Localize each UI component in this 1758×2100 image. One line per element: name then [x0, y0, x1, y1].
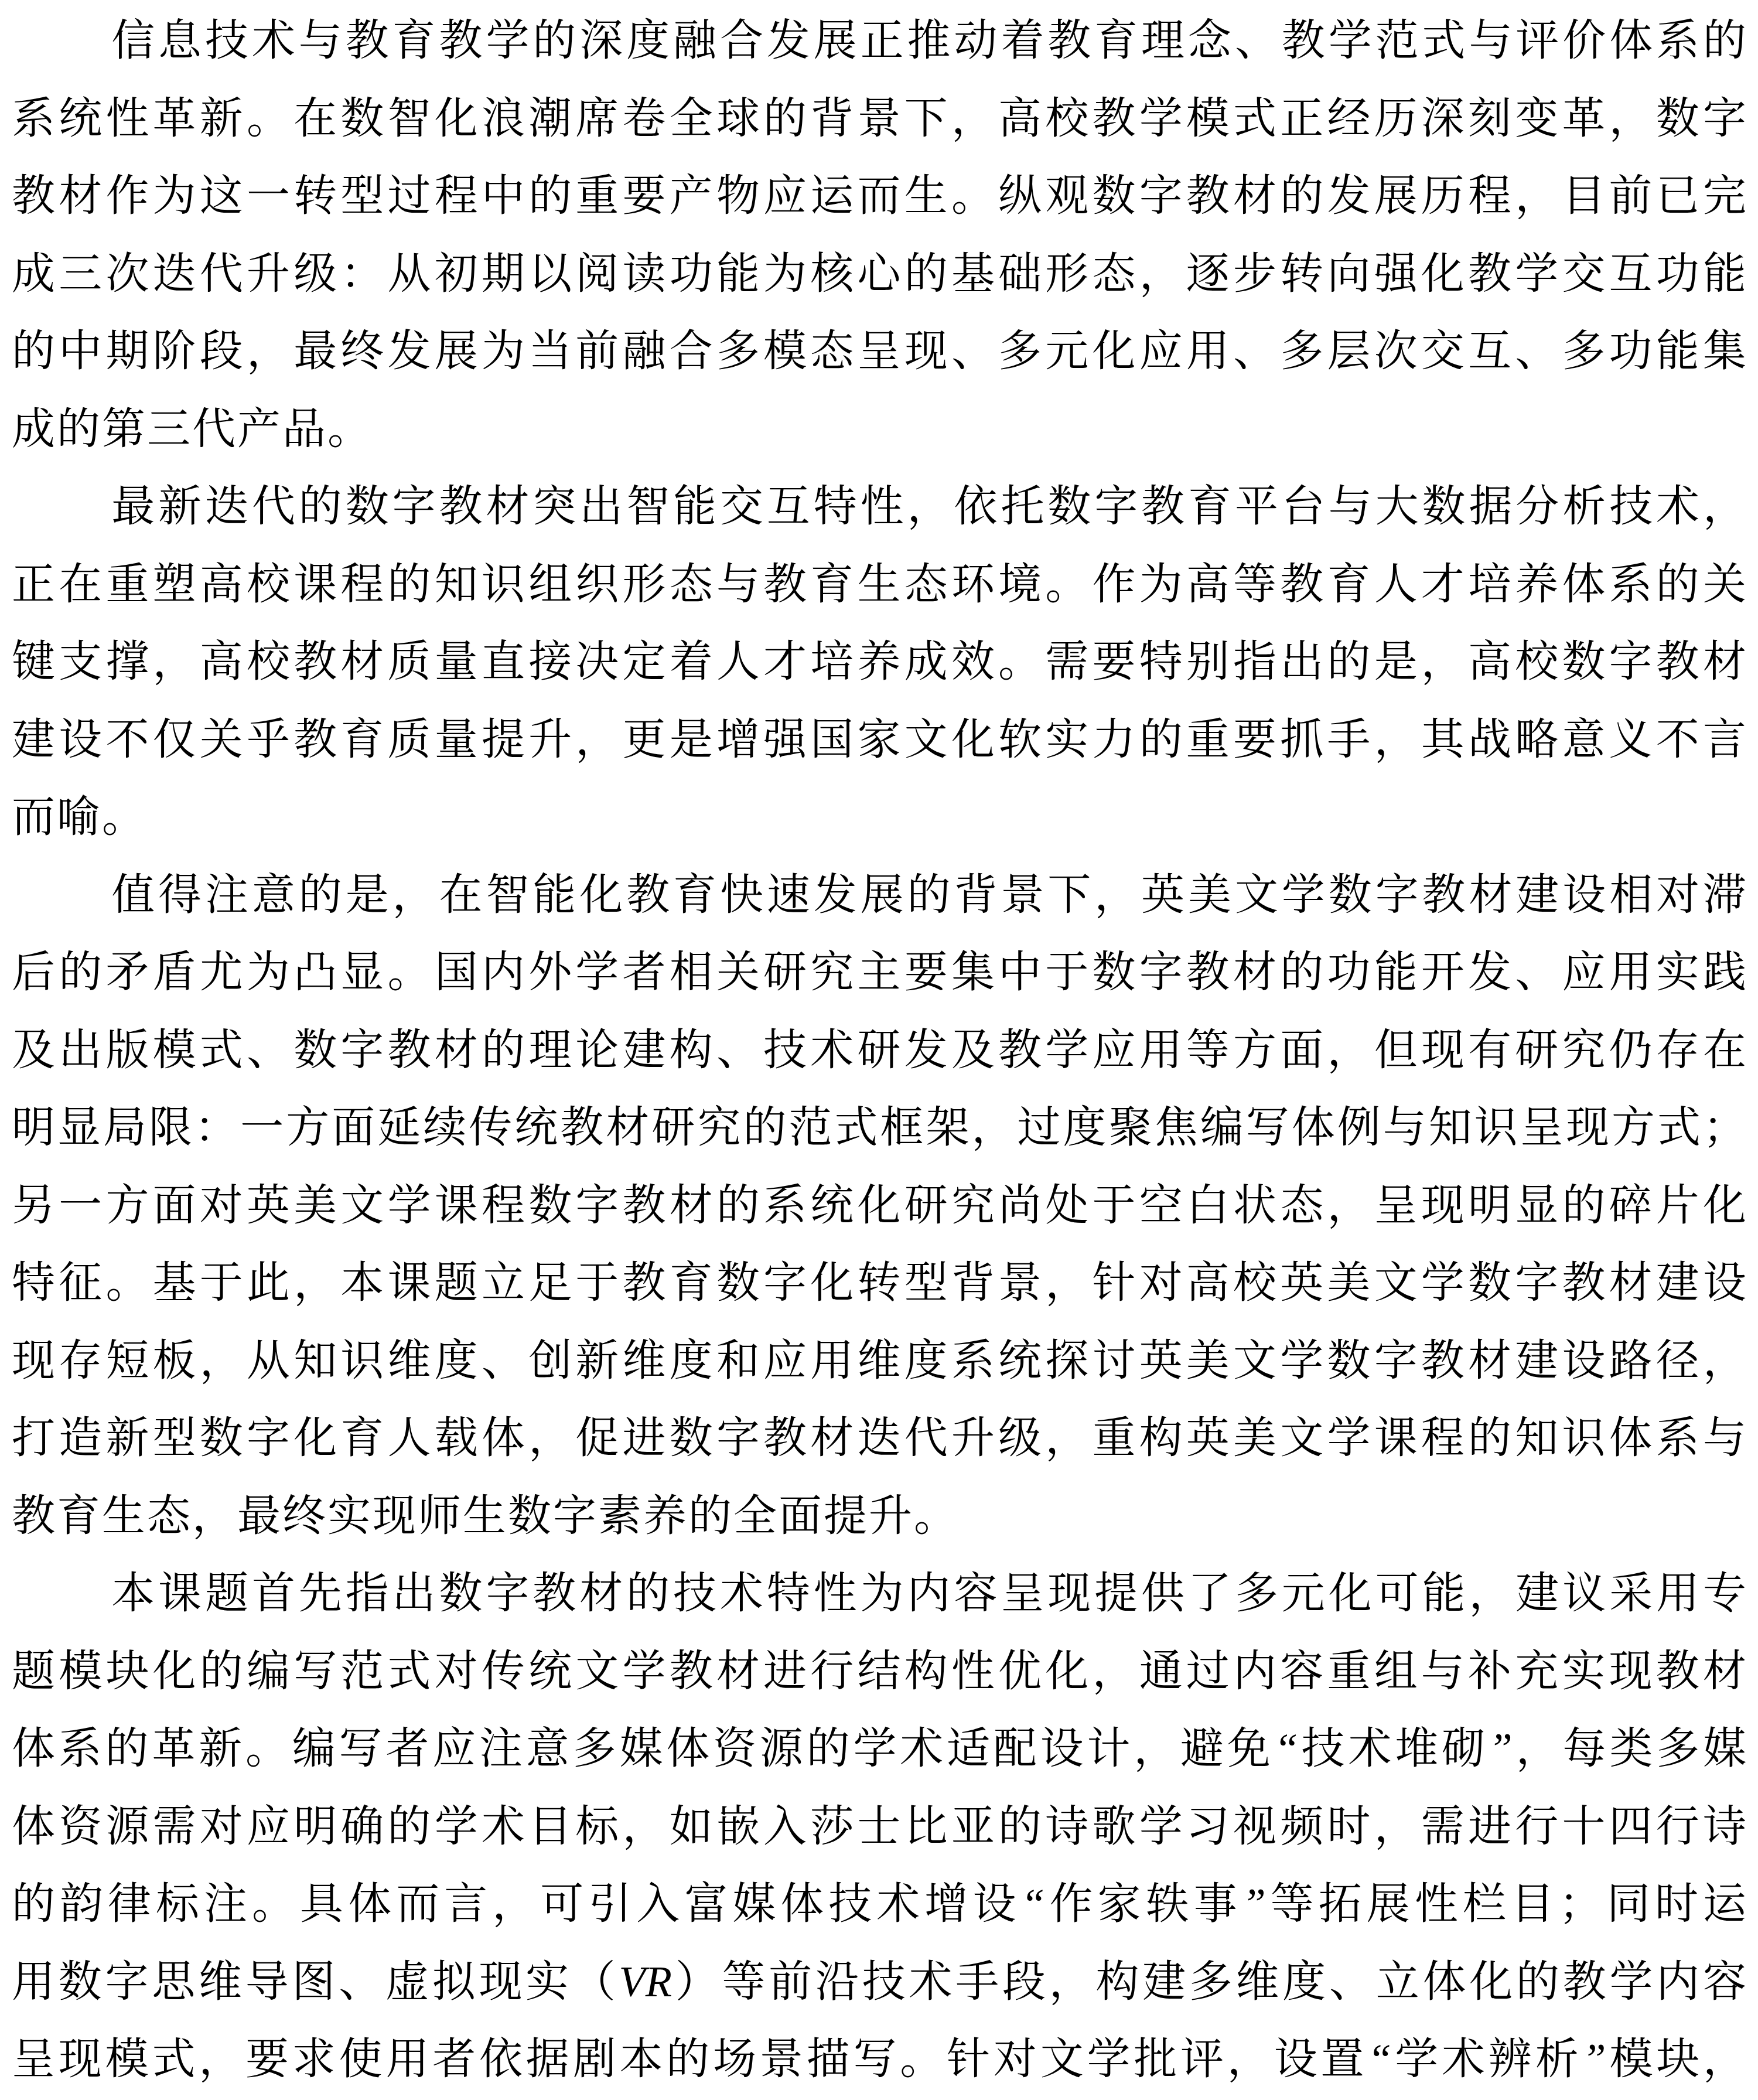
text-line: 体系的革新。编写者应注意多媒体资源的学术适配设计，避免“技术堆砌”，每类多媒	[12, 1710, 1746, 1788]
text-line: 体资源需对应明确的学术目标，如嵌入莎士比亚的诗歌学习视频时，需进行十四行诗	[12, 1788, 1746, 1866]
text-line: 本课题首先指出数字教材的技术特性为内容呈现提供了多元化可能，建议采用专	[12, 1555, 1746, 1633]
text-line: 的韵律标注。具体而言，可引入富媒体技术增设“作家轶事”等拓展性栏目；同时运	[12, 1866, 1746, 1944]
text-line: 最新迭代的数字教材突出智能交互特性，依托数字教育平台与大数据分析技术，	[12, 468, 1746, 546]
text-line: 呈现模式，要求使用者依据剧本的场景描写。针对文学批评，设置“学术辨析”模块，	[12, 2021, 1746, 2099]
text-line: 明显局限：一方面延续传统教材研究的范式框架，过度聚焦编写体例与知识呈现方式；	[12, 1089, 1746, 1167]
text-line: 建设不仅关乎教育质量提升，更是增强国家文化软实力的重要抓手，其战略意义不言	[12, 701, 1746, 779]
text-line: 键支撑，高校教材质量直接决定着人才培养成效。需要特别指出的是，高校数字教材	[12, 623, 1746, 701]
text-line: 现存短板，从知识维度、创新维度和应用维度系统探讨英美文学数字教材建设路径，	[12, 1322, 1746, 1400]
paragraph-4: 本课题首先指出数字教材的技术特性为内容呈现提供了多元化可能，建议采用专 题模块化…	[12, 1555, 1746, 2099]
text-line: 打造新型数字化育人载体，促进数字教材迭代升级，重构英美文学课程的知识体系与	[12, 1400, 1746, 1478]
text-line: 教育生态，最终实现师生数字素养的全面提升。	[12, 1478, 1746, 1556]
text-line: 成三次迭代升级：从初期以阅读功能为核心的基础形态，逐步转向强化教学交互功能	[12, 236, 1746, 313]
paragraph-2: 最新迭代的数字教材突出智能交互特性，依托数字教育平台与大数据分析技术， 正在重塑…	[12, 468, 1746, 857]
text-line: 值得注意的是，在智能化教育快速发展的背景下，英美文学数字教材建设相对滞	[12, 857, 1746, 935]
text-line: 教材作为这一转型过程中的重要产物应运而生。纵观数字教材的发展历程，目前已完	[12, 158, 1746, 236]
text-line: 成的第三代产品。	[12, 391, 1746, 469]
text-line: 题模块化的编写范式对传统文学教材进行结构性优化，通过内容重组与补充实现教材	[12, 1633, 1746, 1711]
text-line: 特征。基于此，本课题立足于教育数字化转型背景，针对高校英美文学数字教材建设	[12, 1245, 1746, 1322]
text-line: 而喻。	[12, 779, 1746, 857]
text-line: 及出版模式、数字教材的理论建构、技术研发及教学应用等方面，但现有研究仍存在	[12, 1012, 1746, 1090]
document-page: 信息技术与教育教学的深度融合发展正推动着教育理念、教学范式与评价体系的 系统性革…	[0, 0, 1758, 2100]
text-line: 后的矛盾尤为凸显。国内外学者相关研究主要集中于数字教材的功能开发、应用实践	[12, 934, 1746, 1012]
text-line: 正在重塑高校课程的知识组织形态与教育生态环境。作为高等教育人才培养体系的关	[12, 546, 1746, 624]
paragraph-1: 信息技术与教育教学的深度融合发展正推动着教育理念、教学范式与评价体系的 系统性革…	[12, 2, 1746, 468]
text-line: 信息技术与教育教学的深度融合发展正推动着教育理念、教学范式与评价体系的	[12, 2, 1746, 80]
paragraph-3: 值得注意的是，在智能化教育快速发展的背景下，英美文学数字教材建设相对滞 后的矛盾…	[12, 857, 1746, 1556]
text-line: 另一方面对英美文学课程数字教材的系统化研究尚处于空白状态，呈现明显的碎片化	[12, 1167, 1746, 1245]
text-line: 系统性革新。在数智化浪潮席卷全球的背景下，高校教学模式正经历深刻变革，数字	[12, 80, 1746, 158]
text-line: 用数字思维导图、虚拟现实（VR）等前沿技术手段，构建多维度、立体化的教学内容	[12, 1944, 1746, 2021]
text-line: 的中期阶段，最终发展为当前融合多模态呈现、多元化应用、多层次交互、多功能集	[12, 313, 1746, 391]
